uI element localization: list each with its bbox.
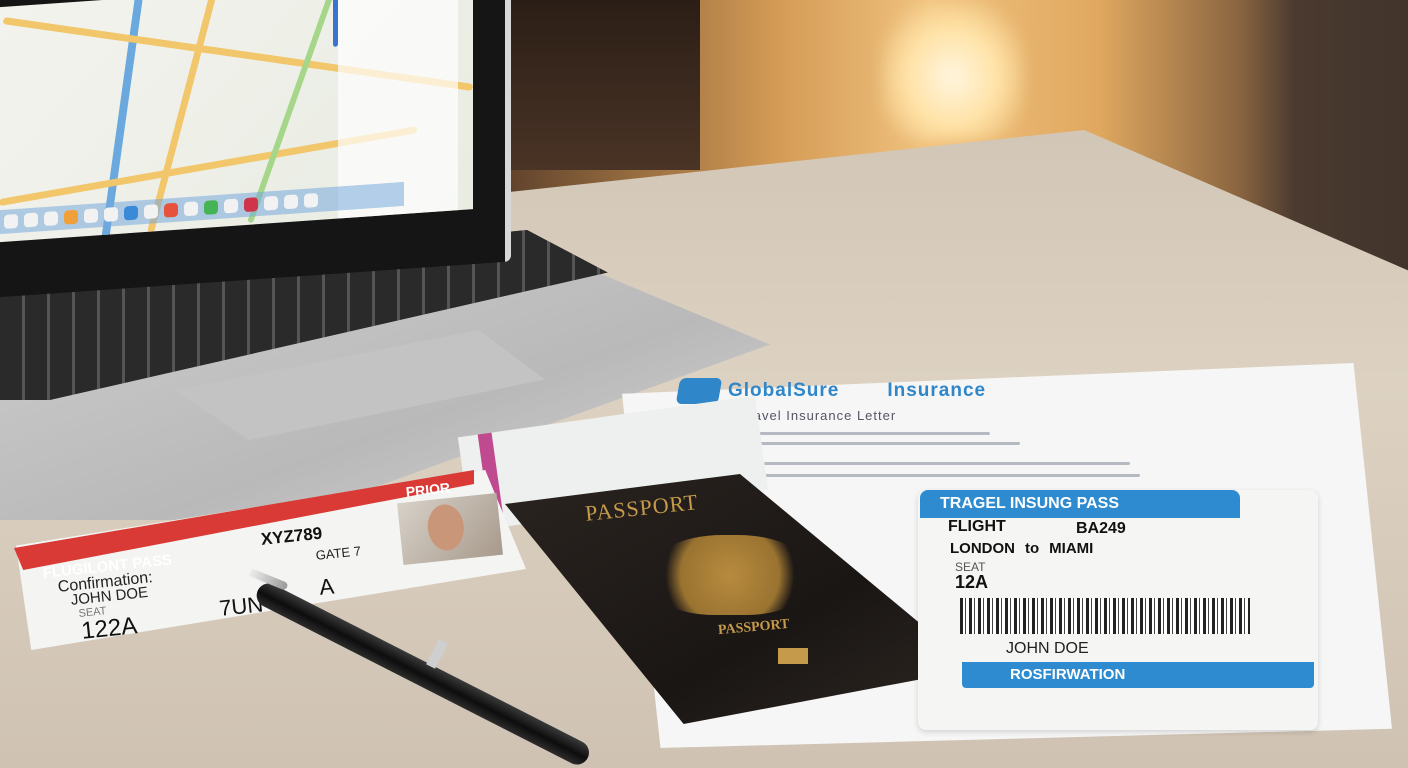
coat-of-arms-icon — [650, 535, 810, 615]
dock-icon[interactable] — [184, 201, 198, 216]
seat-number: 122A — [80, 612, 139, 646]
dock-icon[interactable] — [84, 208, 98, 223]
dock-icon[interactable] — [44, 211, 58, 226]
biometric-chip-icon — [778, 648, 808, 664]
route: LONDON to MIAMI — [950, 540, 1093, 557]
dock-icon[interactable] — [64, 210, 78, 225]
passenger-photo — [397, 493, 503, 565]
face — [426, 503, 467, 553]
blue-seat: 12A — [955, 572, 988, 593]
partial-text-2: A — [318, 573, 335, 600]
dock-icon[interactable] — [4, 214, 18, 229]
dock-icon[interactable] — [264, 196, 278, 211]
blue-passenger-name: JOHN DOE — [1006, 640, 1089, 658]
dock-icon[interactable] — [304, 193, 318, 208]
text-line — [760, 474, 1140, 477]
flight-number: BA249 — [1076, 520, 1126, 538]
lamp-glow — [880, 0, 1025, 140]
map-screen — [0, 0, 473, 242]
dock-icon[interactable] — [284, 194, 298, 209]
dock-icon[interactable] — [104, 207, 118, 222]
text-line — [740, 442, 1020, 445]
dock-icon[interactable] — [24, 213, 38, 228]
laptop-screen-frame — [0, 0, 511, 299]
route-from: LONDON — [950, 540, 1015, 557]
text-line — [740, 432, 990, 435]
route-to-word: to — [1025, 540, 1039, 557]
dock-icon[interactable] — [224, 199, 238, 214]
blue-pass-header: TRAGEL INSUNG PASS — [940, 495, 1119, 513]
blue-pass-footer: ROSFIRWATION — [1010, 666, 1125, 683]
barcode — [960, 598, 1250, 634]
dock-icon[interactable] — [124, 206, 138, 221]
dock-icon[interactable] — [244, 197, 258, 212]
dock-icon[interactable] — [204, 200, 218, 215]
text-line — [760, 462, 1130, 465]
flight-label: FLIGHT — [948, 518, 1006, 536]
route-to: MIAMI — [1049, 540, 1093, 557]
dock-icon[interactable] — [164, 203, 178, 218]
brand-suffix: Insurance — [887, 380, 986, 402]
letter-title: Travel Insurance Letter — [740, 408, 896, 423]
dock-icon[interactable] — [144, 204, 158, 219]
